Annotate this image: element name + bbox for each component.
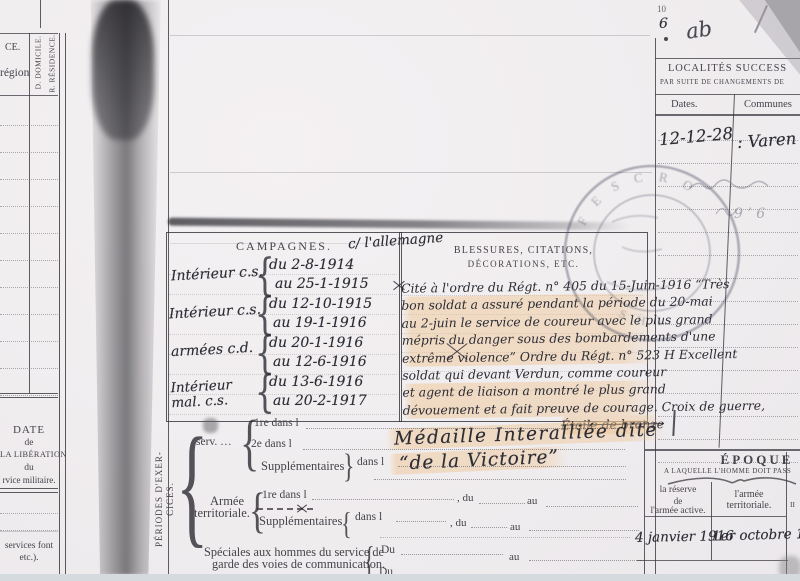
liberation-line: de [0, 437, 58, 450]
fill-line [380, 537, 630, 538]
armee-supplementaires: Supplémentaires [259, 514, 342, 529]
rule [0, 531, 58, 532]
campaign-from: du 12-10-1915 [269, 296, 372, 312]
campaign-to: au 20-2-1917 [273, 393, 367, 409]
periods-vertical-line-1: PÉRIODES D'EXER- [154, 437, 165, 561]
du-cap-label: Du [381, 544, 395, 556]
epoque-col2-header: l'armée territoriale. [713, 489, 785, 511]
fill-line [471, 527, 507, 528]
insertion-cross-mark [392, 277, 406, 293]
liberation-heading: DATE de LA LIBÉRATION du rvice militaire… [0, 424, 58, 487]
campaign-from: du 20-1-1916 [269, 335, 363, 351]
epoque-col1-line: l'armée active. [645, 506, 711, 517]
campaign-entry: Intérieur c.s. { du 2-8-1914 au 25-1-191… [167, 257, 397, 297]
speciales-line-2: garde des voies de communication. [212, 557, 385, 572]
campaign-label: Intérieur c.s. [171, 264, 264, 285]
fill-line [546, 506, 638, 507]
left-footer-line: etc.). [0, 553, 58, 565]
reserve-row-2: 2e dans l [251, 438, 292, 450]
liberation-line: LA LIBÉRATION [0, 449, 58, 462]
fill-line [306, 428, 622, 429]
circular-ink-stamp: F E S C R O S H I [552, 152, 752, 352]
rule [170, 35, 650, 36]
campaign-entry: Intérieur c.s. { du 12-10-1915 au 19-1-1… [167, 296, 397, 336]
du-label: , du [450, 517, 467, 529]
medal-note-line-2: “de la Victoire” [389, 446, 570, 475]
campaign-entry: armées c.d. { du 20-1-1916 au 12-6-1916 [167, 335, 397, 375]
armee-row-1: 1re dans l [262, 489, 307, 501]
armee-territoriale-label-2: territoriale. [194, 506, 250, 521]
fill-line [479, 503, 525, 504]
campaign-from: du 13-6-1916 [269, 374, 363, 390]
epoque-col2-line: territoriale. [713, 500, 785, 511]
localites-col-communes: Communes [744, 99, 792, 110]
rule [655, 114, 800, 116]
left-region-label: région [0, 67, 29, 79]
fill-line [529, 560, 641, 561]
epoque-value-territoriale: 1er octobre 1926 [712, 525, 800, 544]
rule [655, 94, 800, 95]
left-header-partial: CE. [5, 42, 20, 53]
armee-supp-brace: { [341, 507, 352, 539]
campaign-from: du 2-8-1914 [269, 257, 354, 273]
reserve-label: serv. … [196, 436, 232, 448]
epoque-col1-header: la réserve de l'armée active. [645, 485, 711, 517]
au-label: au [510, 521, 520, 533]
reserve-row-1: 1re dans l [254, 417, 299, 429]
epoque-col2-line: l'armée [713, 489, 785, 500]
scan-smudge [203, 418, 218, 433]
rule [0, 488, 58, 493]
left-ruled-rows [0, 99, 58, 396]
fill-line [401, 554, 503, 555]
rule [711, 482, 712, 560]
supp-dans-l: dans l [357, 456, 384, 468]
epoque-col1-line: de [645, 496, 711, 507]
scan-fold-shadow-top [92, 0, 154, 140]
reserve-supplementaires: Supplémentaires [261, 459, 344, 474]
rule [637, 560, 788, 561]
au-label: au [527, 495, 537, 507]
fill-line [529, 530, 639, 531]
campaign-label: armées c.d. [171, 340, 254, 360]
rule [645, 449, 800, 451]
campaigns-box: CAMPAGNES. Intérieur c.s. { du 2-8-1914 … [166, 232, 402, 422]
rule [59, 33, 66, 574]
fill-line [312, 499, 454, 500]
epoque-col1-line: la réserve [645, 485, 711, 496]
left-ruled-rows [0, 497, 58, 531]
residence-label: R. RÉSIDENCE. [48, 34, 57, 94]
campaign-to: au 12-6-1916 [273, 354, 367, 370]
campaign-label: Intérieur c.s. [169, 302, 262, 323]
scanner-edge-strip [0, 574, 800, 581]
fill-line [398, 466, 626, 467]
campaign-entry: Intérieur mal. c.s. { du 13-6-1916 au 20… [167, 373, 397, 415]
campaign-label: Intérieur mal. c.s. [170, 377, 259, 412]
campaign-to: au 25-1-1915 [275, 276, 369, 292]
stamp-arc-top-text: F E S C R O [574, 169, 701, 228]
au-label: au [509, 551, 519, 563]
domicile-label: D. DOMICILE. [34, 34, 43, 92]
page-corner-cut [640, 0, 800, 90]
liberation-line: rvice militaire. [0, 474, 58, 487]
svg-text:F E S C R O: F E S C R O [574, 169, 701, 228]
liberation-line: DATE [0, 424, 58, 437]
strike-cross-mark [444, 340, 470, 362]
du-label: , du [457, 492, 474, 504]
epoque-margin-mark: II [790, 500, 795, 509]
scanned-military-record: CE. région D. DOMICILE. R. RÉSIDENCE. DA… [0, 0, 800, 581]
left-footer: services font etc.). [0, 541, 58, 564]
left-footer-line: services font [0, 541, 58, 553]
localites-col-dates: Dates. [671, 99, 698, 110]
periods-vertical-line-2: CICES. [165, 437, 176, 561]
campaign-to: au 19-1-1916 [273, 315, 367, 331]
rule [645, 516, 786, 517]
strike-cross-small [296, 502, 308, 514]
liberation-line: du [0, 462, 58, 475]
fill-line [396, 521, 446, 522]
armee-supp-dans-l: dans l [355, 511, 382, 523]
rule [40, 0, 41, 28]
fill-line [374, 479, 626, 480]
periods-vertical-label: PÉRIODES D'EXER- CICES. [154, 437, 178, 561]
supp-brace: } [343, 450, 354, 484]
